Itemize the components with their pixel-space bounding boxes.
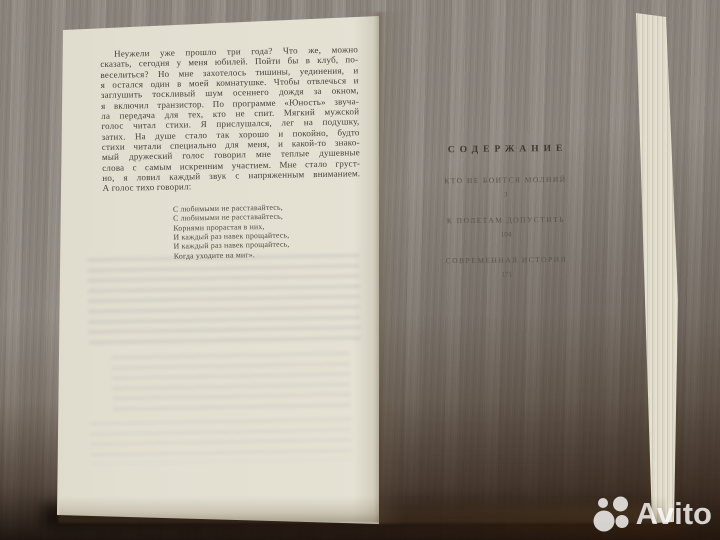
toc-entry-title: СОВРЕМЕННАЯ ИСТОРИЯ bbox=[386, 254, 626, 266]
showthrough-text-area bbox=[90, 418, 353, 465]
toc-heading: СОДЕРЖАНИЕ bbox=[385, 143, 625, 156]
showthrough-text-area bbox=[112, 352, 351, 414]
avito-label: Avito bbox=[636, 494, 712, 534]
avito-circles-icon bbox=[593, 494, 633, 534]
toc-entries: КТО НЕ БОИТСЯ МОЛНИЙ 3 К ПОЛЕТАМ ДОПУСТИ… bbox=[385, 174, 626, 280]
toc-entry-page: 171 bbox=[387, 269, 627, 280]
toc-entry-title: К ПОЛЕТАМ ДОПУСТИТЬ bbox=[386, 214, 626, 226]
left-page-paragraph: Неужели уже прошло три года? Что же, мож… bbox=[100, 44, 361, 194]
toc-entry-page: 3 bbox=[386, 189, 626, 200]
book-photo: Неужели уже прошло три года? Что же, мож… bbox=[0, 0, 720, 540]
showthrough-text-area bbox=[407, 307, 622, 464]
poem-block: С любимыми не расставайтесь,С любимыми н… bbox=[173, 201, 362, 261]
toc-entry: СОВРЕМЕННАЯ ИСТОРИЯ 171 bbox=[386, 254, 626, 280]
table-of-contents: СОДЕРЖАНИЕ КТО НЕ БОИТСЯ МОЛНИЙ 3 К ПОЛЕ… bbox=[385, 143, 627, 297]
avito-watermark: Avito bbox=[593, 494, 712, 534]
toc-entry: КТО НЕ БОИТСЯ МОЛНИЙ 3 bbox=[385, 174, 625, 200]
toc-entry-page: 104 bbox=[386, 229, 626, 240]
page-bottom-shade bbox=[58, 497, 666, 523]
left-page-text: Неужели уже прошло три года? Что же, мож… bbox=[100, 44, 362, 262]
toc-entry: К ПОЛЕТАМ ДОПУСТИТЬ 104 bbox=[386, 214, 626, 240]
showthrough-text-area bbox=[87, 254, 361, 349]
toc-entry-title: КТО НЕ БОИТСЯ МОЛНИЙ bbox=[385, 174, 625, 186]
